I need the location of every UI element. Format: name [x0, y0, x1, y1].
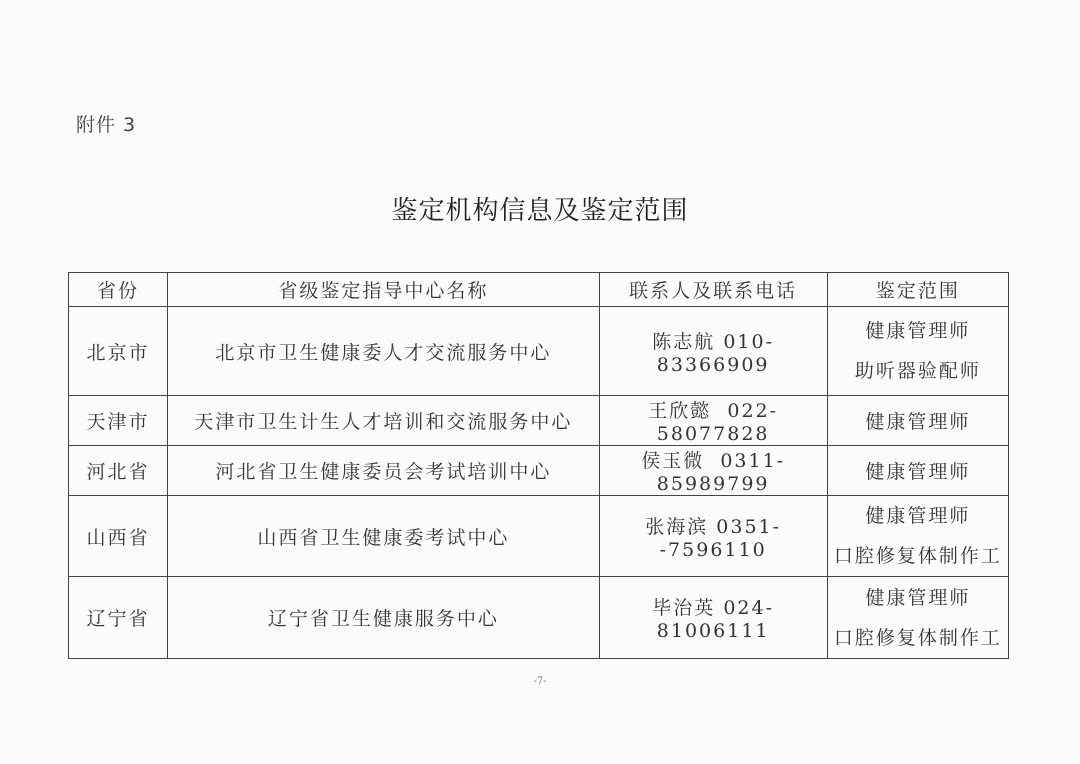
page-number: -7-: [0, 676, 1080, 687]
table-row: 北京市 北京市卫生健康委人才交流服务中心 陈志航 010-83366909 健康…: [69, 307, 1009, 396]
contact-name: 毕治英: [652, 597, 715, 619]
cell-center-name: 山西省卫生健康委考试中心: [168, 496, 599, 577]
cell-scope: 健康管理师 口腔修复体制作工: [827, 496, 1008, 577]
scope-item: 口腔修复体制作工: [828, 618, 1008, 658]
cell-province: 辽宁省: [69, 577, 168, 659]
table-row: 山西省 山西省卫生健康委考试中心 张海滨 0351--7596110 健康管理师…: [69, 496, 1009, 577]
cell-contact: 侯玉微 0311-85989799: [599, 446, 827, 496]
cell-contact: 张海滨 0351--7596110: [599, 496, 827, 577]
cell-province: 山西省: [69, 496, 168, 577]
cell-contact: 陈志航 010-83366909: [599, 307, 827, 396]
scope-item: 健康管理师: [865, 411, 970, 433]
table-row: 河北省 河北省卫生健康委员会考试培训中心 侯玉微 0311-85989799 健…: [69, 446, 1009, 496]
scope-item: 健康管理师: [828, 496, 1008, 536]
cell-center-name: 辽宁省卫生健康服务中心: [168, 577, 599, 659]
cell-center-name: 北京市卫生健康委人才交流服务中心: [168, 307, 599, 396]
scope-item: 口腔修复体制作工: [828, 536, 1008, 576]
institution-info-table: 省份 省级鉴定指导中心名称 联系人及联系电话 鉴定范围 北京市 北京市卫生健康委…: [68, 272, 1009, 659]
table-row: 辽宁省 辽宁省卫生健康服务中心 毕治英 024-81006111 健康管理师 口…: [69, 577, 1009, 659]
header-contact: 联系人及联系电话: [599, 273, 827, 307]
cell-scope: 健康管理师: [827, 396, 1008, 446]
scope-item: 健康管理师: [828, 578, 1008, 618]
scope-item: 助听器验配师: [828, 351, 1008, 391]
cell-contact: 王欣懿 022-58077828: [599, 396, 827, 446]
cell-center-name: 河北省卫生健康委员会考试培训中心: [168, 446, 599, 496]
table-header-row: 省份 省级鉴定指导中心名称 联系人及联系电话 鉴定范围: [69, 273, 1009, 307]
cell-scope: 健康管理师 口腔修复体制作工: [827, 577, 1008, 659]
cell-province: 河北省: [69, 446, 168, 496]
scope-item: 健康管理师: [865, 461, 970, 483]
document-title: 鉴定机构信息及鉴定范围: [0, 190, 1080, 227]
cell-province: 北京市: [69, 307, 168, 396]
header-scope: 鉴定范围: [827, 273, 1008, 307]
scope-item: 健康管理师: [828, 311, 1008, 351]
table-row: 天津市 天津市卫生计生人才培训和交流服务中心 王欣懿 022-58077828 …: [69, 396, 1009, 446]
contact-name: 侯玉微: [641, 450, 704, 472]
cell-contact: 毕治英 024-81006111: [599, 577, 827, 659]
contact-name: 张海滨: [645, 516, 708, 538]
cell-scope: 健康管理师: [827, 446, 1008, 496]
cell-scope: 健康管理师 助听器验配师: [827, 307, 1008, 396]
attachment-label: 附件 3: [76, 110, 136, 137]
cell-province: 天津市: [69, 396, 168, 446]
header-center-name: 省级鉴定指导中心名称: [168, 273, 599, 307]
header-province: 省份: [69, 273, 168, 307]
contact-name: 陈志航: [652, 331, 715, 353]
contact-name: 王欣懿: [648, 400, 711, 422]
cell-center-name: 天津市卫生计生人才培训和交流服务中心: [168, 396, 599, 446]
